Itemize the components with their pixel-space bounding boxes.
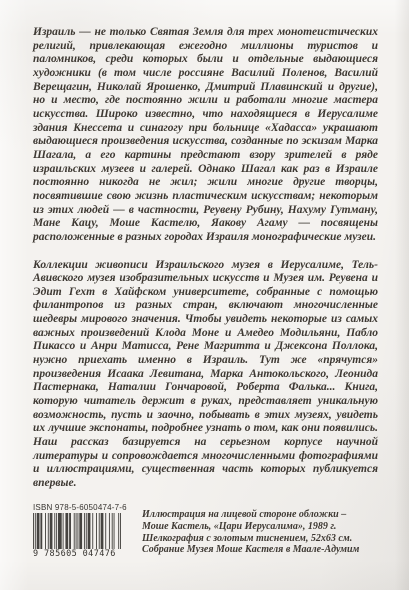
illustration-caption: Иллюстрация на лицевой стороне обложки –… [142, 509, 360, 556]
barcode: ISBN 978-5-6050474-7-6 9 785605 047476 [33, 503, 121, 559]
barcode-number: 9 785605 047476 [33, 549, 121, 559]
caption-line: Шелкография с золотым тиснением, 52х63 с… [142, 533, 360, 545]
caption-line: Моше Кастель, «Цари Иерусалима», 1989 г. [142, 521, 360, 533]
paragraph: Коллекции живописи Израильского музея в … [33, 259, 378, 491]
book-back-cover: Израиль — не только Святая Земля для тре… [0, 0, 409, 590]
barcode-bars-icon [33, 513, 121, 549]
paragraph: Израиль — не только Святая Земля для тре… [33, 26, 378, 245]
caption-line: Иллюстрация на лицевой стороне обложки – [142, 509, 360, 521]
annotation-text-block: Израиль — не только Святая Земля для тре… [33, 26, 378, 491]
isbn-label: ISBN 978-5-6050474-7-6 [33, 503, 121, 512]
caption-line: Собрание Музея Моше Кастеля в Маале-Адум… [142, 544, 360, 556]
